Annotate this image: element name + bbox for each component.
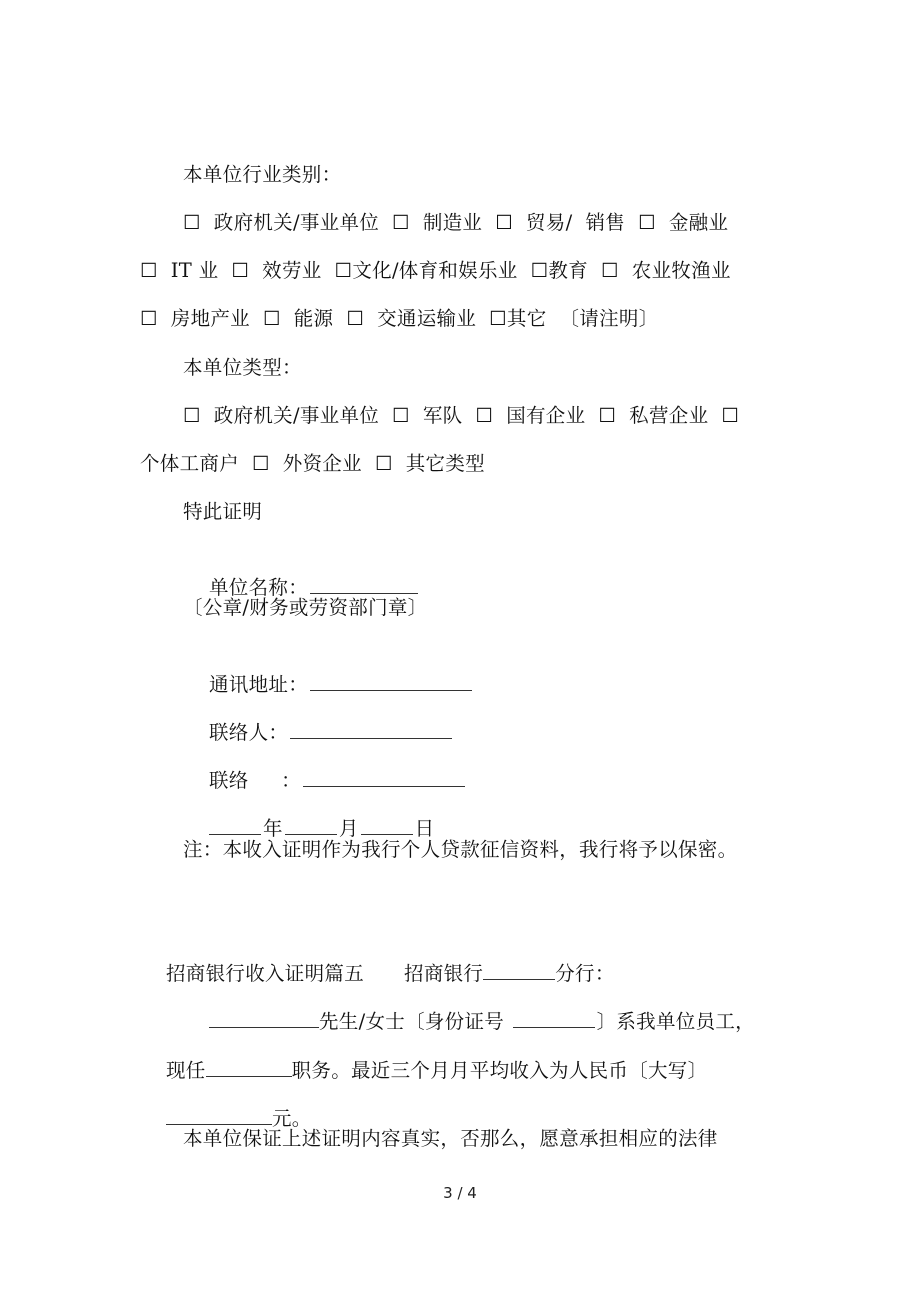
branch-blank	[483, 961, 555, 980]
document-page: 本单位行业类别： ☐ 政府机关/事业单位 ☐ 制造业 ☐ 贸易/ 销售 ☐ 金融…	[0, 0, 920, 1302]
amount-blank	[166, 1106, 272, 1125]
page-indicator: 3 / 4	[0, 1184, 920, 1202]
month-blank	[285, 816, 337, 835]
guarantee-text: 本单位保证上述证明内容真实，否那么，愿意承担相应的法律	[183, 1125, 718, 1153]
industry-options-line-3: ☐ 房地产业 ☐ 能源 ☐ 交通运输业 ☐其它 〔请注明〕	[140, 305, 659, 333]
industry-options-line-2: ☐ IT 业 ☐ 效劳业 ☐文化/体育和娱乐业 ☐教育 ☐ 农业牧渔业	[140, 257, 731, 285]
id-number-blank	[513, 1009, 595, 1028]
employee-name-blank	[209, 1009, 319, 1028]
position-blank	[206, 1058, 292, 1077]
position-suffix: 职务。最近三个月月平均收入为人民币〔大写〕	[292, 1059, 708, 1082]
certify-text: 特此证明	[183, 498, 262, 526]
address-blank	[310, 672, 472, 691]
unit-type-heading: 本单位类型：	[183, 354, 302, 382]
industry-options-line-1: ☐ 政府机关/事业单位 ☐ 制造业 ☐ 贸易/ 销售 ☐ 金融业	[183, 209, 728, 237]
seal-note: 〔公章/财务或劳资部门章〕	[183, 594, 427, 622]
contact-person-blank	[290, 720, 452, 739]
confidentiality-note: 注：本收入证明作为我行个人贷款征信资料，我行将予以保密。	[183, 836, 737, 864]
unit-type-options-line-1: ☐ 政府机关/事业单位 ☐ 军队 ☐ 国有企业 ☐ 私营企业 ☐	[183, 402, 739, 430]
phone-blank	[303, 768, 465, 787]
unit-name-blank	[310, 575, 418, 594]
day-blank	[361, 816, 413, 835]
industry-heading: 本单位行业类别：	[183, 161, 341, 189]
unit-type-options-line-2: 个体工商户 ☐ 外资企业 ☐ 其它类型	[140, 450, 485, 478]
year-blank	[209, 816, 261, 835]
